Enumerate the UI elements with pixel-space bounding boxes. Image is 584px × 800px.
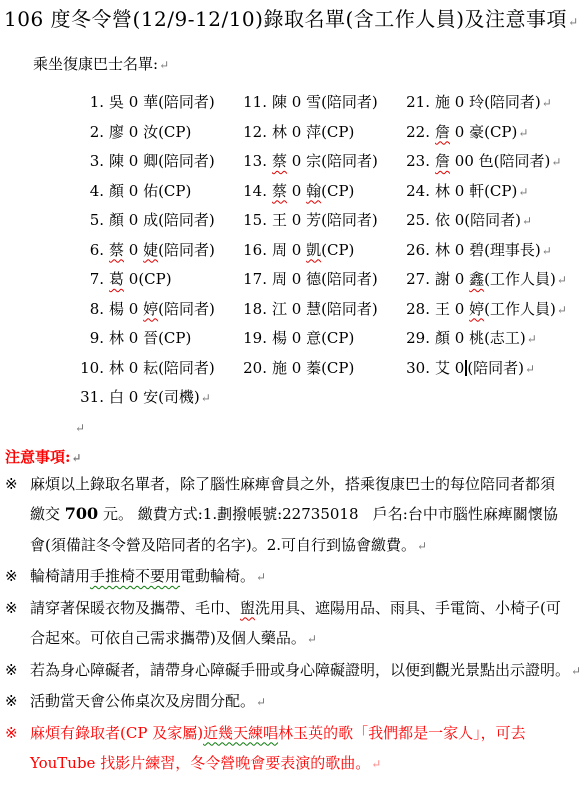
roster-entry: 25.依 0(陪同者)↵ — [404, 206, 584, 236]
misspelled-word: 翰 — [306, 182, 321, 200]
roster-row: 31.白 0 安(司機)↵ — [78, 383, 584, 413]
roster-entry-text: 廖 0 汝(CP) — [109, 123, 191, 141]
roster-row: 5.顏 0 成(陪同者)15.王 0 芳(陪同者)25.依 0(陪同者)↵ — [78, 206, 584, 236]
roster-entry: 11.陳 0 雪(陪同者) — [241, 88, 404, 118]
roster-entry: 2.廖 0 汝(CP) — [78, 118, 241, 148]
roster-entry-number: 21. — [404, 88, 430, 118]
roster-entry-number: 29. — [404, 324, 430, 354]
roster-entry-number: 6. — [78, 236, 104, 266]
roster-entry: 24.林 0 軒(CP)↵ — [404, 177, 584, 207]
reference-mark-icon: ※ — [5, 561, 18, 592]
roster-entry-text: 施 0 玲(陪同者) — [435, 93, 541, 111]
reference-mark-icon: ※ — [5, 469, 18, 500]
roster-entry-text: 蔡 0 婕(陪同者) — [109, 241, 215, 259]
roster-entry-text: 陳 0 雪(陪同者) — [272, 93, 378, 111]
roster-entry-number: 12. — [241, 118, 267, 148]
paragraph-mark-icon: ↵ — [371, 757, 381, 771]
roster-row: 6.蔡 0 婕(陪同者)16.周 0 凱(CP)26.林 0 碧(理事長)↵ — [78, 236, 584, 266]
paragraph-mark-icon: ↵ — [522, 214, 532, 228]
roster-entry-text: 蔡 0 宗(陪同者) — [272, 152, 378, 170]
note-item: ※麻煩有錄取者(CP 及家屬)近幾天練唱林玉英的歌「我們都是一家人」，可去 Yo… — [5, 718, 584, 780]
roster-entry-number: 15. — [241, 206, 267, 236]
roster-entry-number: 11. — [241, 88, 267, 118]
document-title: 106 度冬令營(12/9-12/10)錄取名單(含工作人員)及注意事項↵ — [0, 0, 584, 36]
roster-entry-text: 白 0 安(司機) — [109, 388, 200, 406]
roster-entry: 14.蔡 0 翰(CP) — [241, 177, 404, 207]
roster-entry: 8.楊 0 婷(陪同者) — [78, 295, 241, 325]
roster-entry: 31.白 0 安(司機)↵ — [78, 383, 241, 413]
bus-roster-heading: 乘坐復康巴士名單:↵ — [33, 53, 584, 76]
roster-row: 2.廖 0 汝(CP)12.林 0 萍(CP)22.詹 0 豪(CP)↵ — [78, 118, 584, 148]
note-item: ※活動當天會公佈桌次及房間分配。↵ — [5, 686, 584, 718]
notes-list: ※麻煩以上錄取名單者，除了腦性麻痺會員之外，搭乘復康巴士的每位陪同者都須 繳交 … — [5, 469, 584, 780]
roster-entry-number: 23. — [404, 147, 430, 177]
notes-heading-text: 注意事項: — [5, 448, 71, 466]
note-item: ※請穿著保暖衣物及攜帶、毛巾、盥洗用具、遮陽用品、雨具、手電筒、小椅子(可 合起… — [5, 593, 584, 655]
roster-entry: 19.楊 0 意(CP) — [241, 324, 404, 354]
notes-heading: 注意事項:↵ — [5, 446, 584, 469]
roster-entry: 18.江 0 慧(陪同者) — [241, 295, 404, 325]
misspelled-word: 婷 — [143, 300, 158, 318]
roster-entry-number: 3. — [78, 147, 104, 177]
roster-entry-number: 8. — [78, 295, 104, 325]
paragraph-mark-icon: ↵ — [551, 155, 561, 169]
paragraph-mark-icon: ↵ — [72, 451, 82, 465]
roster-entry-text: 顏 0 佑(CP) — [109, 182, 191, 200]
reference-mark-icon: ※ — [5, 655, 18, 686]
roster-entry: 10.林 0 耘(陪同者) — [78, 354, 241, 384]
paragraph-mark-icon: ↵ — [542, 96, 552, 110]
roster-entry-text: 楊 0 意(CP) — [272, 329, 354, 347]
paragraph-mark-icon: ↵ — [417, 539, 427, 553]
paragraph-mark-icon: ↵ — [542, 244, 552, 258]
paragraph-mark-icon: ↵ — [568, 15, 579, 29]
roster-entry-text: 艾 0(陪同者) — [435, 359, 524, 377]
roster-entry-text: 王 0 芳(陪同者) — [272, 211, 378, 229]
roster-entry-number: 19. — [241, 324, 267, 354]
roster-entry-number: 25. — [404, 206, 430, 236]
roster-entry-text: 林 0 萍(CP) — [272, 123, 354, 141]
roster-entry: 23.詹 00 色(陪同者)↵ — [404, 147, 584, 177]
roster-entry-number: 17. — [241, 265, 267, 295]
roster-entry-text: 林 0 晉(CP) — [109, 329, 191, 347]
roster-entry-number: 16. — [241, 236, 267, 266]
roster-entry-text: 吳 0 華(陪同者) — [109, 93, 215, 111]
roster-entry-number: 30. — [404, 354, 430, 384]
roster-entry-text: 詹 0 豪(CP) — [435, 123, 517, 141]
roster-row: 9.林 0 晉(CP)19.楊 0 意(CP)29.顏 0 桃(志工)↵ — [78, 324, 584, 354]
roster-entry-text: 謝 0 鑫(工作人員) — [435, 270, 556, 288]
note-item: ※輪椅請用手推椅不要用電動輪椅。↵ — [5, 561, 584, 593]
reference-mark-icon: ※ — [5, 718, 18, 749]
misspelled-word: 蔡 — [109, 241, 124, 259]
roster-entry-text: 周 0 德(陪同者) — [272, 270, 378, 288]
roster-entry-number: 26. — [404, 236, 430, 266]
roster-entry: 6.蔡 0 婕(陪同者) — [78, 236, 241, 266]
note-item: ※麻煩以上錄取名單者，除了腦性麻痺會員之外，搭乘復康巴士的每位陪同者都須 繳交 … — [5, 469, 584, 562]
misspelled-word: 詹 — [435, 123, 450, 141]
roster-entry: 28.王 0 婷(工作人員)↵ — [404, 295, 584, 325]
text-cursor — [465, 360, 467, 376]
roster-entry-text: 詹 00 色(陪同者) — [435, 152, 550, 170]
bus-roster-list: 1.吳 0 華(陪同者)11.陳 0 雪(陪同者)21.施 0 玲(陪同者)↵2… — [78, 88, 584, 413]
roster-entry: 5.顏 0 成(陪同者) — [78, 206, 241, 236]
roster-row: 8.楊 0 婷(陪同者)18.江 0 慧(陪同者)28.王 0 婷(工作人員)↵ — [78, 295, 584, 325]
roster-entry-text: 林 0 軒(CP) — [435, 182, 517, 200]
roster-entry: 26.林 0 碧(理事長)↵ — [404, 236, 584, 266]
roster-entry-number: 10. — [78, 354, 104, 384]
roster-entry: 9.林 0 晉(CP) — [78, 324, 241, 354]
roster-entry: 30.艾 0(陪同者)↵ — [404, 354, 584, 384]
roster-row: 3.陳 0 卿(陪同者)13.蔡 0 宗(陪同者)23.詹 00 色(陪同者)↵ — [78, 147, 584, 177]
misspelled-word: 婷 — [469, 300, 484, 318]
roster-row: 7.葛 0(CP)17.周 0 德(陪同者)27.謝 0 鑫(工作人員)↵ — [78, 265, 584, 295]
bus-roster-heading-text: 乘坐復康巴士名單: — [33, 55, 158, 73]
roster-entry-number: 28. — [404, 295, 430, 325]
roster-entry: 22.詹 0 豪(CP)↵ — [404, 118, 584, 148]
roster-entry-text: 林 0 耘(陪同者) — [109, 359, 215, 377]
paragraph-mark-icon: ↵ — [557, 273, 567, 287]
misspelled-word: 婕 — [143, 241, 158, 259]
reference-mark-icon: ※ — [5, 593, 18, 624]
paragraph-mark-icon: ↵ — [527, 332, 537, 346]
roster-entry-text: 林 0 碧(理事長) — [435, 241, 541, 259]
roster-entry-number: 31. — [78, 383, 104, 413]
paragraph-mark-icon: ↵ — [307, 632, 317, 646]
roster-entry-number: 13. — [241, 147, 267, 177]
roster-entry: 7.葛 0(CP) — [78, 265, 241, 295]
note-item: ※若為身心障礙者，請帶身心障礙手冊或身心障礙證明，以便到觀光景點出示證明。↵ — [5, 655, 584, 687]
roster-entry-text: 周 0 凱(CP) — [272, 241, 354, 259]
roster-entry-text: 楊 0 婷(陪同者) — [109, 300, 215, 318]
roster-entry-text: 顏 0 成(陪同者) — [109, 211, 215, 229]
misspelled-word: 盥 — [240, 599, 255, 617]
roster-entry-text: 施 0 蓁(CP) — [272, 359, 354, 377]
roster-entry-number: 20. — [241, 354, 267, 384]
grammar-flagged-word: 手推椅不要用 — [90, 567, 180, 585]
roster-entry-number: 5. — [78, 206, 104, 236]
roster-entry-number: 27. — [404, 265, 430, 295]
roster-entry: 20.施 0 蓁(CP) — [241, 354, 404, 384]
roster-entry-number: 14. — [241, 177, 267, 207]
roster-entry-number: 7. — [78, 265, 104, 295]
roster-entry-text: 江 0 慧(陪同者) — [272, 300, 378, 318]
reference-mark-icon: ※ — [5, 686, 18, 717]
grammar-flagged-word: 近幾天練唱 — [203, 724, 278, 742]
roster-entry-text: 蔡 0 翰(CP) — [272, 182, 354, 200]
roster-entry: 15.王 0 芳(陪同者) — [241, 206, 404, 236]
misspelled-word: 蔡 — [272, 152, 287, 170]
roster-entry: 1.吳 0 華(陪同者) — [78, 88, 241, 118]
misspelled-word: 葛 — [109, 270, 124, 288]
misspelled-word: 詹 — [435, 152, 450, 170]
document-page[interactable]: 106 度冬令營(12/9-12/10)錄取名單(含工作人員)及注意事項↵ 乘坐… — [0, 0, 584, 800]
empty-paragraph: ↵ — [0, 417, 584, 438]
roster-entry: 16.周 0 凱(CP) — [241, 236, 404, 266]
roster-row: 4.顏 0 佑(CP)14.蔡 0 翰(CP)24.林 0 軒(CP)↵ — [78, 177, 584, 207]
roster-entry: 21.施 0 玲(陪同者)↵ — [404, 88, 584, 118]
paragraph-mark-icon: ↵ — [518, 126, 528, 140]
paragraph-mark-icon: ↵ — [159, 58, 169, 72]
roster-entry: 29.顏 0 桃(志工)↵ — [404, 324, 584, 354]
roster-entry-number: 4. — [78, 177, 104, 207]
roster-entry: 27.謝 0 鑫(工作人員)↵ — [404, 265, 584, 295]
paragraph-mark-icon: ↵ — [525, 362, 535, 376]
roster-entry-text: 陳 0 卿(陪同者) — [109, 152, 215, 170]
roster-entry-text: 依 0(陪同者) — [435, 211, 521, 229]
roster-entry-number: 2. — [78, 118, 104, 148]
paragraph-mark-icon: ↵ — [256, 695, 266, 709]
roster-entry-text: 王 0 婷(工作人員) — [435, 300, 556, 318]
roster-entry: 4.顏 0 佑(CP) — [78, 177, 241, 207]
misspelled-word: 鑫 — [469, 270, 484, 288]
roster-row: 10.林 0 耘(陪同者)20.施 0 蓁(CP)30.艾 0(陪同者)↵ — [78, 354, 584, 384]
document-title-text: 106 度冬令營(12/9-12/10)錄取名單(含工作人員)及注意事項 — [4, 7, 567, 31]
roster-entry: 3.陳 0 卿(陪同者) — [78, 147, 241, 177]
paragraph-mark-icon: ↵ — [256, 570, 266, 584]
misspelled-word: 蔡 — [272, 182, 287, 200]
roster-entry: 13.蔡 0 宗(陪同者) — [241, 147, 404, 177]
roster-entry-number: 24. — [404, 177, 430, 207]
paragraph-mark-icon: ↵ — [571, 664, 581, 678]
roster-entry-number: 22. — [404, 118, 430, 148]
roster-entry-text: 顏 0 桃(志工) — [435, 329, 526, 347]
misspelled-word: 凱 — [306, 241, 321, 259]
paragraph-mark-icon: ↵ — [75, 421, 85, 435]
roster-entry: 12.林 0 萍(CP) — [241, 118, 404, 148]
roster-entry-number: 1. — [78, 88, 104, 118]
roster-entry-text: 葛 0(CP) — [109, 270, 172, 288]
roster-entry-number: 18. — [241, 295, 267, 325]
paragraph-mark-icon: ↵ — [201, 391, 211, 405]
paragraph-mark-icon: ↵ — [518, 185, 528, 199]
roster-row: 1.吳 0 華(陪同者)11.陳 0 雪(陪同者)21.施 0 玲(陪同者)↵ — [78, 88, 584, 118]
roster-entry: 17.周 0 德(陪同者) — [241, 265, 404, 295]
roster-entry-number: 9. — [78, 324, 104, 354]
paragraph-mark-icon: ↵ — [557, 303, 567, 317]
